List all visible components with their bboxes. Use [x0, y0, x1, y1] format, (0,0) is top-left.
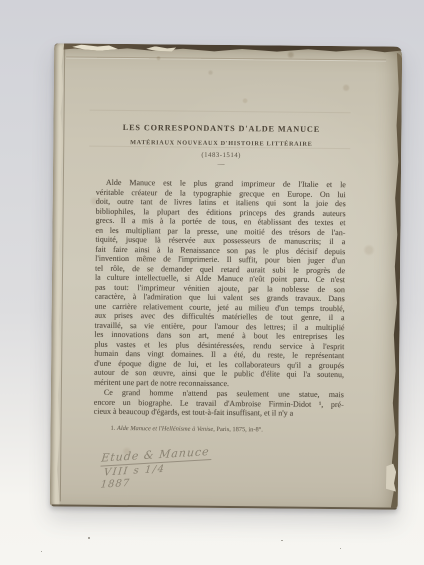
- footnote: 1. Alde Manuce et l'Hellénisme à Venise,…: [111, 424, 344, 433]
- dust-speck: [88, 537, 90, 539]
- dust-speck: [340, 548, 341, 549]
- paragraph: Ce grand homme n'attend pas seulement un…: [94, 388, 344, 419]
- page-title: LES CORRESPONDANTS D'ALDE MANUCE: [96, 123, 346, 134]
- bottom-edge: [52, 504, 397, 509]
- dust-speck: [281, 540, 283, 541]
- page-subtitle: MATÉRIAUX NOUVEAUX D'HISTOIRE LITTÉRAIRE: [96, 139, 346, 148]
- handwritten-note: Etude & Manuce VIII s 1/4 1887: [98, 440, 213, 491]
- footnote-tail: Paris, 1875, in-8°.: [215, 425, 263, 432]
- divider-rule: —: [96, 159, 346, 169]
- page-block-right-edge: [391, 53, 402, 508]
- printed-page-content: LES CORRESPONDANTS D'ALDE MANUCE MATÉRIA…: [94, 44, 348, 434]
- photo-background: LES CORRESPONDANTS D'ALDE MANUCE MATÉRIA…: [0, 0, 424, 565]
- footnote-title: Alde Manuce et l'Hellénisme à Venise,: [117, 424, 215, 432]
- body-text: Alde Manuce est le plus grand imprimeur …: [94, 178, 346, 419]
- booklet: LES CORRESPONDANTS D'ALDE MANUCE MATÉRIA…: [50, 43, 402, 509]
- paragraph: Alde Manuce est le plus grand imprimeur …: [94, 178, 346, 389]
- dust-speck: [41, 551, 42, 552]
